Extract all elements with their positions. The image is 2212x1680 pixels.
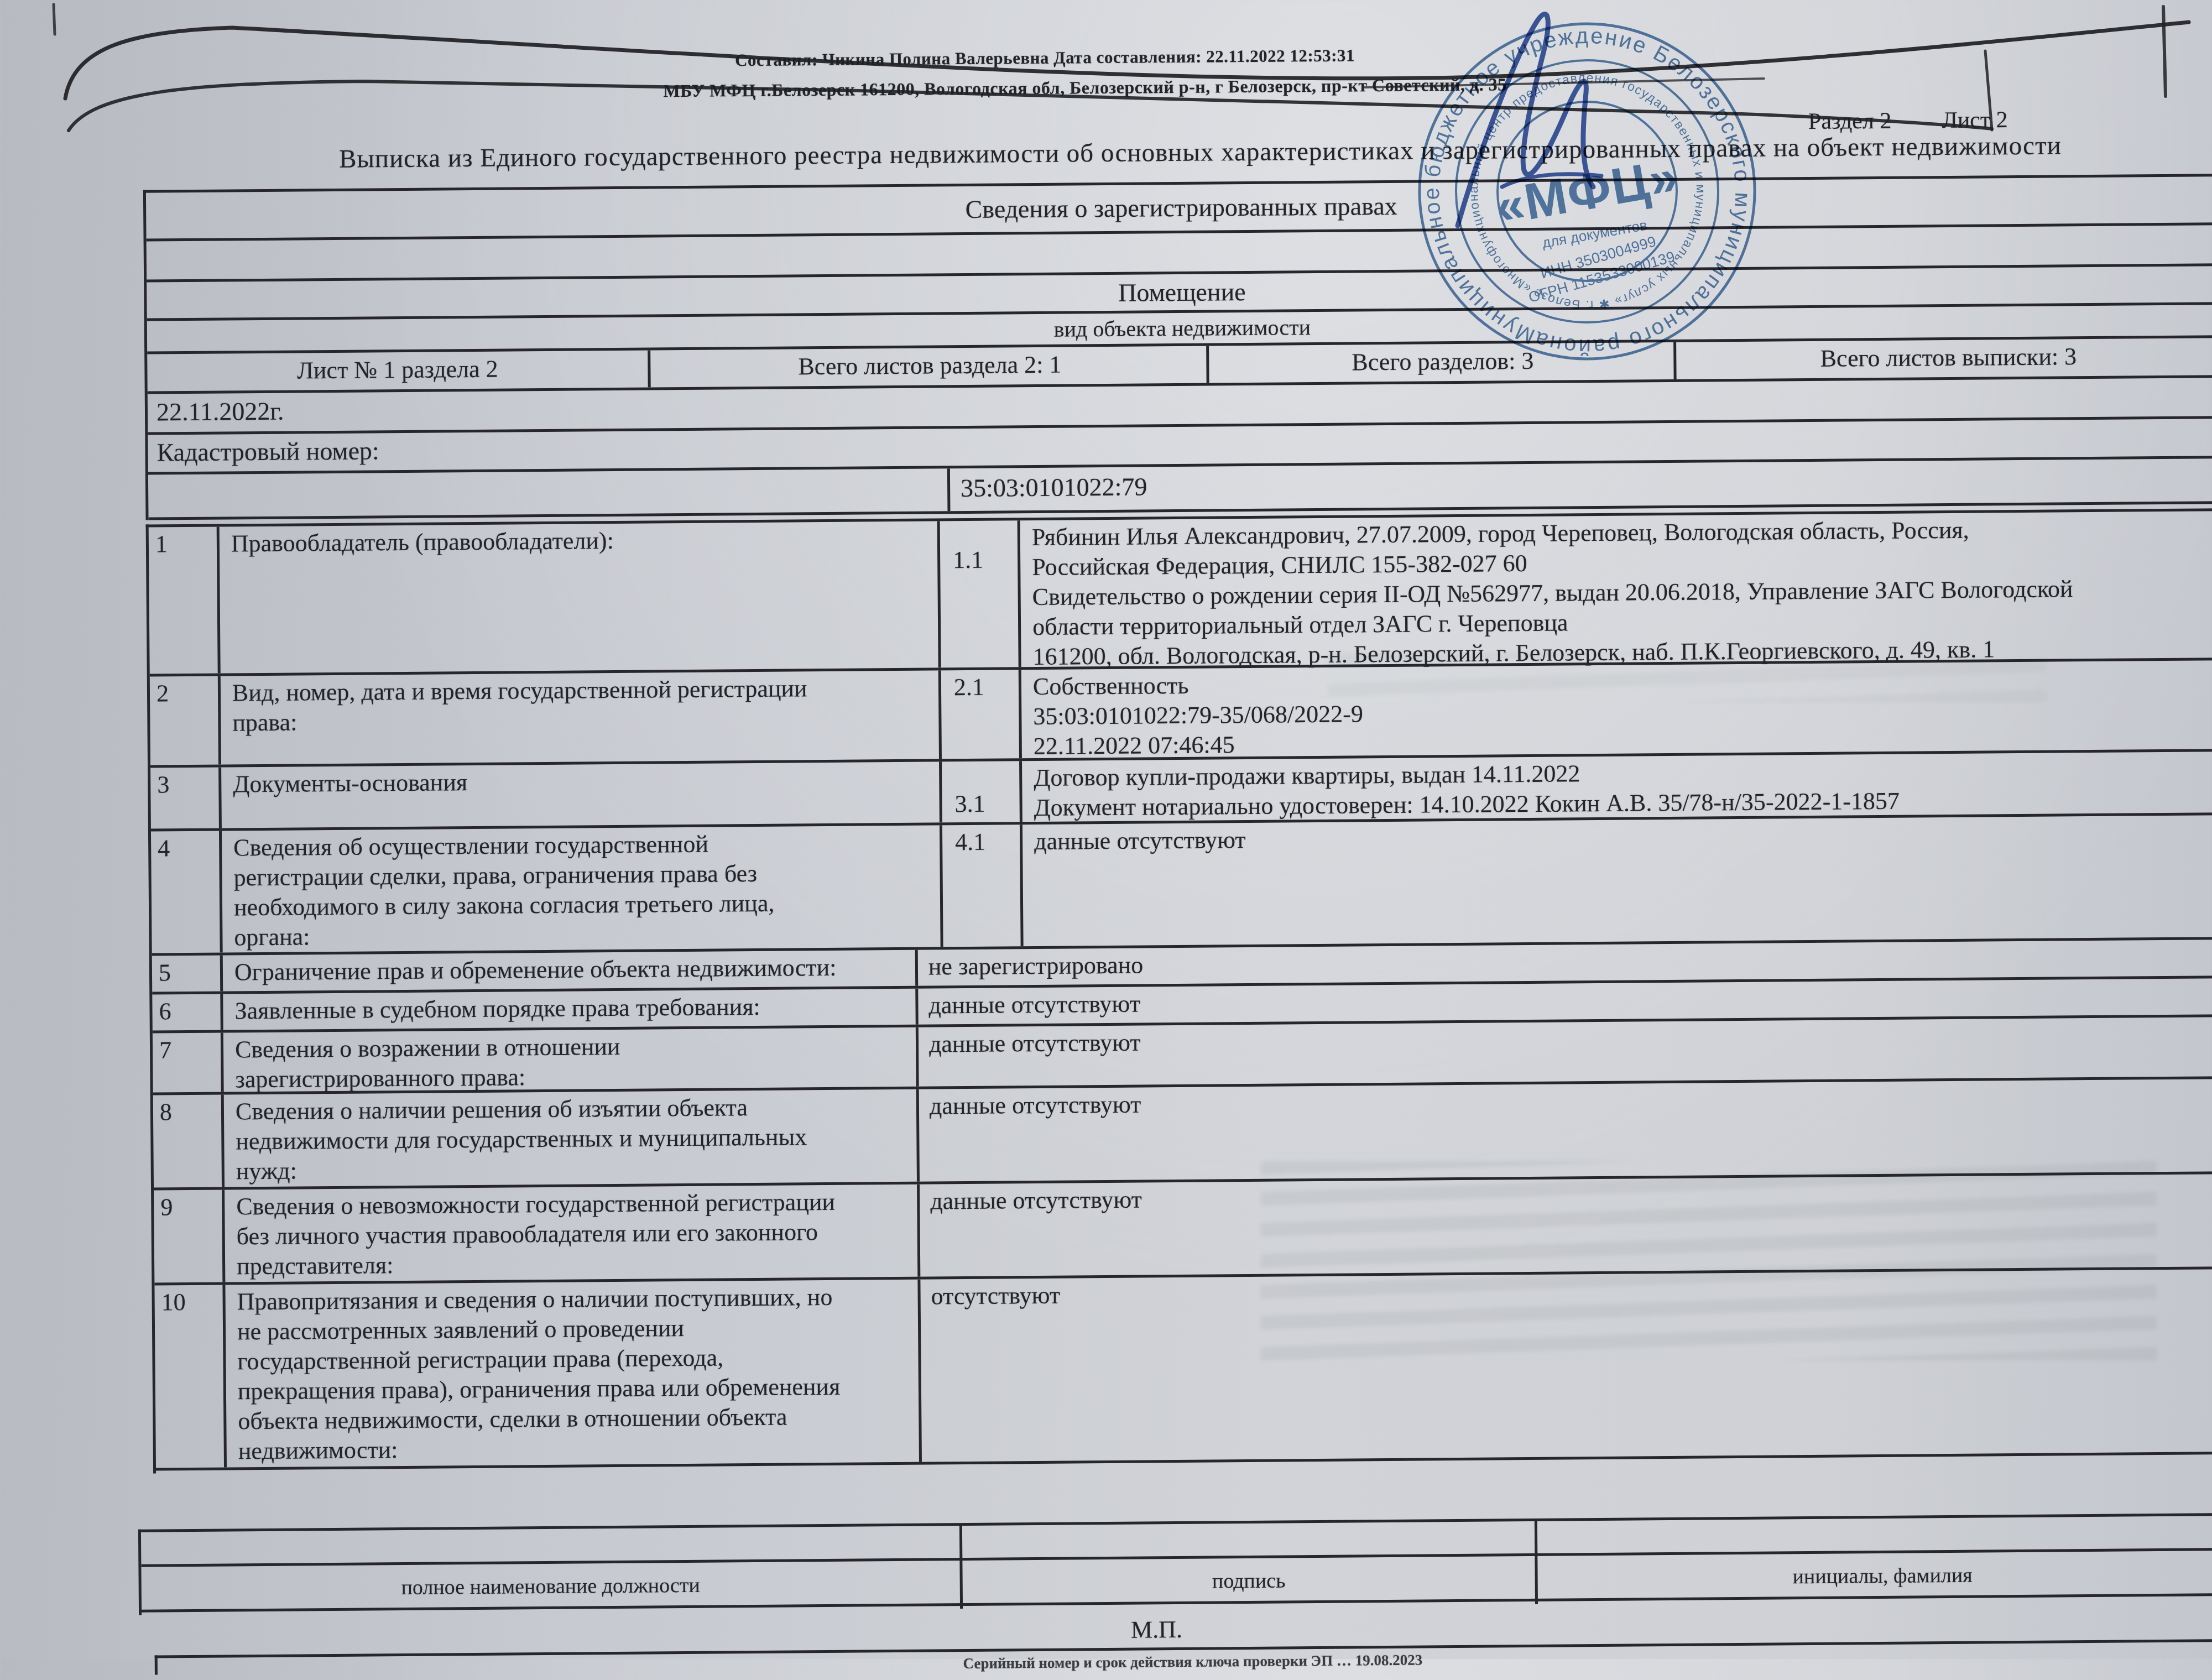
top-left-edge-tick	[54, 4, 55, 34]
pen-signature-stroke	[1458, 14, 1593, 226]
scan-artifact-lines	[0, 0, 2212, 1659]
top-right-edge-tick	[2163, 7, 2166, 96]
pen-signature-crossbar	[1502, 174, 1601, 187]
pen-signature	[1436, 4, 1646, 242]
edge-connector-line	[1985, 51, 1992, 130]
top-rule-line	[65, 22, 2189, 98]
